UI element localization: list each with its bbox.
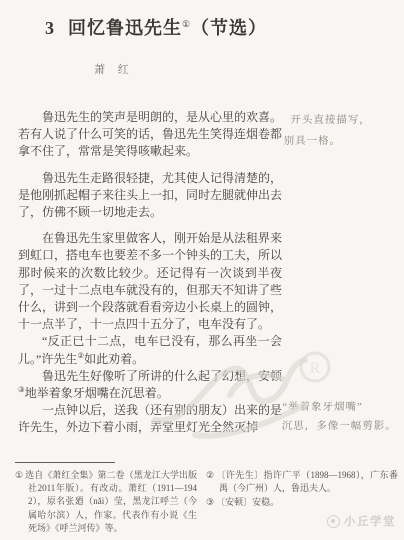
footnote-marker: ② <box>206 470 214 480</box>
paragraph: 在鲁迅先生家里做客人，刚开始是从法租界来到虹口，搭电车也要差不多一个钟头的工夫，… <box>18 230 282 333</box>
paragraph: 鲁迅先生的笑声是明朗的，是从心里的欢喜。若有人说了什么可笑的话，鲁迅先生笑得连烟… <box>18 109 282 161</box>
lesson-title-suffix: （节选） <box>191 18 267 38</box>
brand-logo-icon <box>327 515 340 528</box>
margin-annotation-line: “举着象牙烟嘴” <box>282 398 403 417</box>
footnote-text: 选自《萧红全集》第二卷（黑龙江大学出版社2011年版）。有改动。萧红（1911—… <box>25 470 197 533</box>
footnote-marker: ③ <box>206 497 214 507</box>
footnote-column-left: ①选自《萧红全集》第二卷（黑龙江大学出版社2011年版）。有改动。萧红（1911… <box>15 469 197 536</box>
textbook-page: 3回忆鲁迅先生①（节选） 萧 红 鲁迅先生的笑声是明朗的，是从心里的欢喜。若有人… <box>0 0 404 540</box>
margin-annotation: “举着象牙烟嘴” 沉思，多像一幅剪影。 <box>281 398 402 436</box>
brand-name: 小丘学堂 <box>344 513 396 529</box>
footnote-item: ②〔许先生〕指许广平（1898—1968），广东番禺（今广州）人，鲁迅夫人。 <box>206 469 398 495</box>
lesson-title: 3回忆鲁迅先生①（节选） <box>0 14 312 40</box>
paragraph: “反正已十二点，电车已没有，那么再坐一会儿。”许先生②如此劝着。 <box>18 333 282 367</box>
footnote-divider <box>15 462 115 463</box>
lesson-number: 3 <box>45 18 55 38</box>
brand-watermark: 小丘学堂 <box>327 513 396 529</box>
footnote-item: ①选自《萧红全集》第二卷（黑龙江大学出版社2011年版）。有改动。萧红（1911… <box>15 469 197 535</box>
margin-annotation-line: 开头直接描写， <box>284 110 401 131</box>
paragraph: 鲁迅先生好像听了所讲的什么起了幻想，安顿③地举着象牙烟嘴在沉思着。 <box>18 368 282 402</box>
footnote-text: 〔安顿〕安稳。 <box>216 497 279 507</box>
registered-mark: R <box>310 360 321 377</box>
footnote-text: 〔许先生〕指许广平（1898—1968），广东番禺（今广州）人，鲁迅夫人。 <box>216 470 398 493</box>
paragraph: 一点钟以后，送我（还有别的朋友）出来的是许先生，外边下着小雨，弄堂里灯光全然灭掉 <box>18 402 282 436</box>
paragraph: 鲁迅先生走路很轻捷，尤其使人记得清楚的，是他刚抓起帽子来往头上一扣，同时左腿就伸… <box>18 170 282 222</box>
lesson-title-text: 回忆鲁迅先生 <box>68 18 182 38</box>
footnote-item: ③〔安顿〕安稳。 <box>206 496 398 509</box>
margin-annotation: 开头直接描写， 别具一格。 <box>283 110 400 152</box>
footnote-marker: ① <box>15 470 23 480</box>
article-body: 鲁迅先生的笑声是明朗的，是从心里的欢喜。若有人说了什么可笑的话，鲁迅先生笑得连烟… <box>18 109 282 437</box>
author-name: 萧 红 <box>94 61 134 77</box>
margin-annotation-line: 别具一格。 <box>283 131 400 152</box>
margin-annotation-line: 沉思，多像一幅剪影。 <box>281 417 402 436</box>
title-footnote-ref: ① <box>182 19 191 29</box>
